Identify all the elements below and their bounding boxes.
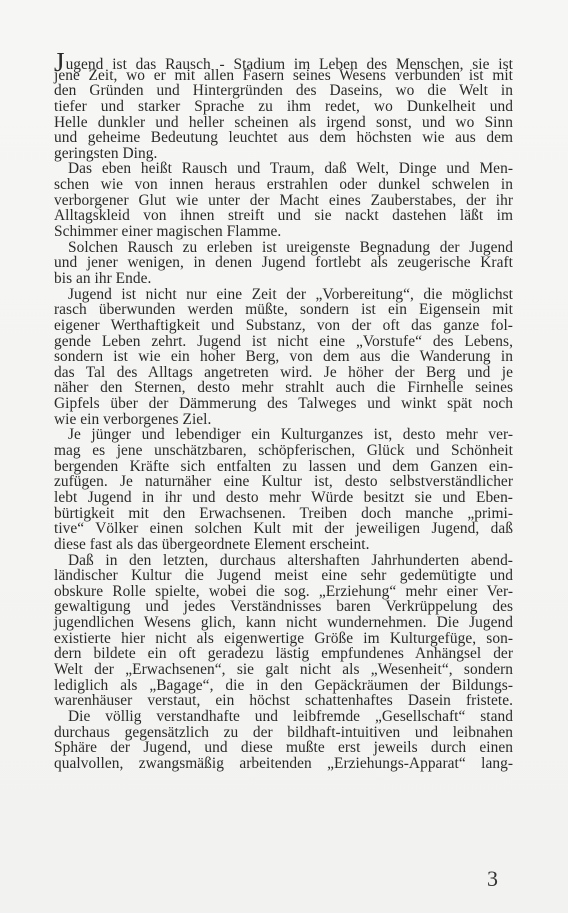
text-line: existierte hier nicht als eigenwertige G… <box>54 631 513 647</box>
text-line: und jener wenigen, in denen Jugend fortl… <box>54 255 513 271</box>
line-text: qualvollen, zwangsmäßig arbeitenden „Erz… <box>54 755 513 772</box>
text-line: lebt Jugend in ihr und desto mehr Würde … <box>54 490 513 506</box>
text-line: verborgener Glut wie unter der Macht ein… <box>54 193 513 209</box>
text-line: eigener Werthaftigkeit und Substanz, von… <box>54 318 513 334</box>
text-line: jene Zeit, wo er mit allen Fasern seines… <box>54 68 513 84</box>
text-line: warenhäuser verstaut, ein höchst schatte… <box>54 693 513 709</box>
line-text: ländischer Kultur die Jugend meist eine … <box>54 567 513 584</box>
line-text: dern bildete ein oft geradezu lästig emp… <box>54 645 513 662</box>
paragraph-first-line: Solchen Rausch zu erleben ist ureigenste… <box>54 240 513 256</box>
line-text: bürtigkeit mit den Erwachsenen. Treiben … <box>54 505 513 522</box>
text-line: mag es jene unschätzbaren, schöpferische… <box>54 443 513 459</box>
text-line: den Gründen und Hintergründen des Dasein… <box>54 83 513 99</box>
line-text: warenhäuser verstaut, ein höchst schatte… <box>54 692 513 709</box>
text-line: qualvollen, zwangsmäßig arbeitenden „Erz… <box>54 756 513 772</box>
line-text: Daß in den letzten, durchaus altershafte… <box>68 552 513 569</box>
line-text: eigener Werthaftigkeit und Substanz, von… <box>54 317 513 334</box>
line-text: und jener wenigen, in denen Jugend fortl… <box>54 254 513 271</box>
line-text: bergenden Kräfte sich entfalten zu lasse… <box>54 458 513 475</box>
text-line: zufügen. Je naturnäher eine Kultur ist, … <box>54 474 513 490</box>
paragraph-first-line: Das eben heißt Rausch und Traum, daß Wel… <box>54 161 513 177</box>
line-text: den Gründen und Hintergründen des Dasein… <box>54 82 513 99</box>
line-text: mag es jene unschätzbaren, schöpferische… <box>54 442 513 459</box>
text-line: dern bildete ein oft geradezu lästig emp… <box>54 646 513 662</box>
line-text: wie ein verborgenes Ziel. <box>54 411 211 428</box>
line-text: Welt der „Erwachsenen“, sie galt nicht a… <box>54 661 513 678</box>
line-text: Schimmer einer magischen Flamme. <box>54 223 281 240</box>
line-text: rasch überwunden werden müßte, sondern i… <box>54 301 513 318</box>
body-text: Jugend ist das Rausch - Stadium im Leben… <box>54 52 513 771</box>
book-page: Jugend ist das Rausch - Stadium im Leben… <box>0 0 568 913</box>
text-line: Schimmer einer magischen Flamme. <box>54 224 513 240</box>
drop-cap: J <box>54 54 65 71</box>
line-text: Je jünger und lebendiger ein Kulturganze… <box>68 426 513 443</box>
text-line: geringsten Ding. <box>54 146 513 162</box>
line-text: gende Leben zehrt. Jugend ist nicht eine… <box>54 333 513 350</box>
text-line: bergenden Kräfte sich entfalten zu lasse… <box>54 459 513 475</box>
paragraph-first-line: Je jünger und lebendiger ein Kulturganze… <box>54 427 513 443</box>
text-line: und geheime Bedeutung leuchtet aus dem h… <box>54 130 513 146</box>
text-line: bis an ihr Ende. <box>54 271 513 287</box>
line-text: Sphäre der Jugend, und diese mußte erst … <box>54 739 513 756</box>
text-line: sondern ist wie ein hoher Berg, von dem … <box>54 349 513 365</box>
text-line: schen wie von innen heraus erstrahlen od… <box>54 177 513 193</box>
line-text: Solchen Rausch zu erleben ist ureigenste… <box>68 239 513 256</box>
line-text: Das eben heißt Rausch und Traum, daß Wel… <box>68 160 513 177</box>
paragraph-first-line: Daß in den letzten, durchaus altershafte… <box>54 553 513 569</box>
line-text: geringsten Ding. <box>54 145 157 162</box>
text-line: lediglich als „Bagage“, die in den Gepäc… <box>54 678 513 694</box>
text-line: tive“ Völker einen solchen Kult mit der … <box>54 521 513 537</box>
line-text: tive“ Völker einen solchen Kult mit der … <box>54 520 513 537</box>
text-line: Alltagskleid von ihnen streift und sie n… <box>54 208 513 224</box>
text-line: rasch überwunden werden müßte, sondern i… <box>54 302 513 318</box>
line-text: jugendlichen Wesens glich, kann nicht wu… <box>54 614 513 631</box>
text-line: Jugend ist das Rausch - Stadium im Leben… <box>54 52 513 68</box>
line-text: tiefer und starker Sprache zu ihm redet,… <box>54 98 513 115</box>
line-text: zufügen. Je naturnäher eine Kultur ist, … <box>54 473 513 490</box>
line-text: lebt Jugend in ihr und desto mehr Würde … <box>54 489 513 506</box>
text-line: diese fast als das übergeordnete Element… <box>54 537 513 553</box>
text-line: näher den Sternen, desto mehr strahlt au… <box>54 380 513 396</box>
line-text: näher den Sternen, desto mehr strahlt au… <box>54 379 513 396</box>
text-line: jugendlichen Wesens glich, kann nicht wu… <box>54 615 513 631</box>
line-text: gewaltigung und jedes Verständnisses bar… <box>54 598 513 615</box>
paragraph-first-line: Die völlig verstandhafte und leibfremde … <box>54 709 513 725</box>
line-text: diese fast als das übergeordnete Element… <box>54 536 370 553</box>
line-text: durchaus gegensätzlich zu der bildhaft-i… <box>54 724 513 741</box>
text-line: Welt der „Erwachsenen“, sie galt nicht a… <box>54 662 513 678</box>
text-line: bürtigkeit mit den Erwachsenen. Treiben … <box>54 506 513 522</box>
line-text: existierte hier nicht als eigenwertige G… <box>54 630 513 647</box>
line-text: Helle dunkler und heller scheinen als ir… <box>54 114 513 131</box>
text-line: durchaus gegensätzlich zu der bildhaft-i… <box>54 725 513 741</box>
line-text: und geheime Bedeutung leuchtet aus dem h… <box>54 129 513 146</box>
text-line: wie ein verborgenes Ziel. <box>54 412 513 428</box>
line-text: Jugend ist nicht nur eine Zeit der „Vorb… <box>68 286 513 303</box>
text-line: das Tal des Alltags angetreten wird. Je … <box>54 365 513 381</box>
text-line: Gipfels über der Dämmerung des Talweges … <box>54 396 513 412</box>
paragraph-first-line: Jugend ist nicht nur eine Zeit der „Vorb… <box>54 287 513 303</box>
line-text: lediglich als „Bagage“, die in den Gepäc… <box>54 677 513 694</box>
page-number: 3 <box>487 866 498 892</box>
line-text: bis an ihr Ende. <box>54 270 151 287</box>
line-text: sondern ist wie ein hoher Berg, von dem … <box>54 348 513 365</box>
text-line: gewaltigung und jedes Verständnisses bar… <box>54 599 513 615</box>
line-text: Gipfels über der Dämmerung des Talweges … <box>54 395 513 412</box>
line-text: Alltagskleid von ihnen streift und sie n… <box>54 207 513 224</box>
text-line: obskure Rolle spielte, wobei die sog. „E… <box>54 584 513 600</box>
line-text: schen wie von innen heraus erstrahlen od… <box>54 176 513 193</box>
text-line: Sphäre der Jugend, und diese mußte erst … <box>54 740 513 756</box>
text-line: tiefer und starker Sprache zu ihm redet,… <box>54 99 513 115</box>
line-text: jene Zeit, wo er mit allen Fasern seines… <box>54 67 513 84</box>
text-line: Helle dunkler und heller scheinen als ir… <box>54 115 513 131</box>
text-line: gende Leben zehrt. Jugend ist nicht eine… <box>54 334 513 350</box>
line-text: das Tal des Alltags angetreten wird. Je … <box>54 364 513 381</box>
line-text: obskure Rolle spielte, wobei die sog. „E… <box>54 583 513 600</box>
line-text: verborgener Glut wie unter der Macht ein… <box>54 192 513 209</box>
text-line: ländischer Kultur die Jugend meist eine … <box>54 568 513 584</box>
line-text: Die völlig verstandhafte und leibfremde … <box>68 708 513 725</box>
